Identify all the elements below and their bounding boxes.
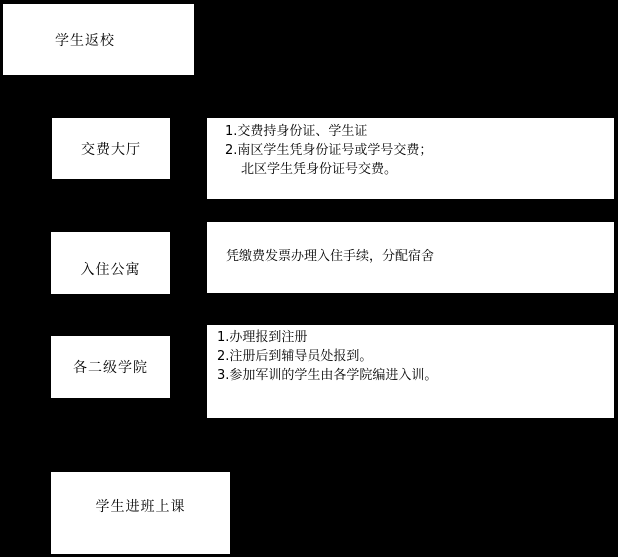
- note-college: 1.办理报到注册 2.注册后到辅导员处报到。 3.参加军训的学生由各学院编进入训…: [207, 325, 614, 418]
- step-college: 各二级学院: [51, 336, 170, 398]
- note-line: 2.注册后到辅导员处报到。: [217, 347, 614, 366]
- note-line: 1.交费持身份证、学生证: [225, 122, 614, 141]
- note-line: 北区学生凭身份证号交费。: [225, 160, 614, 179]
- note-line: 2.南区学生凭身份证号或学号交费；: [225, 141, 614, 160]
- step-label: 各二级学院: [73, 357, 148, 377]
- step-fee-hall: 交费大厅: [52, 118, 170, 179]
- step-attend-class: 学生进班上课: [51, 472, 230, 554]
- step-label: 学生返校: [55, 30, 115, 50]
- note-apartment: 凭缴费发票办理入住手续，分配宿舍: [207, 222, 614, 293]
- note-line: 凭缴费发票办理入住手续，分配宿舍: [226, 247, 614, 266]
- note-line: 1.办理报到注册: [217, 328, 614, 347]
- step-label: 交费大厅: [81, 139, 141, 159]
- step-label: 入住公寓: [81, 259, 141, 279]
- note-fee-hall: 1.交费持身份证、学生证 2.南区学生凭身份证号或学号交费； 北区学生凭身份证号…: [207, 118, 614, 199]
- note-line: 3.参加军训的学生由各学院编进入训。: [217, 366, 614, 385]
- step-apartment: 入住公寓: [51, 232, 170, 294]
- step-return-to-school: 学生返校: [3, 4, 194, 75]
- step-label: 学生进班上课: [96, 496, 186, 516]
